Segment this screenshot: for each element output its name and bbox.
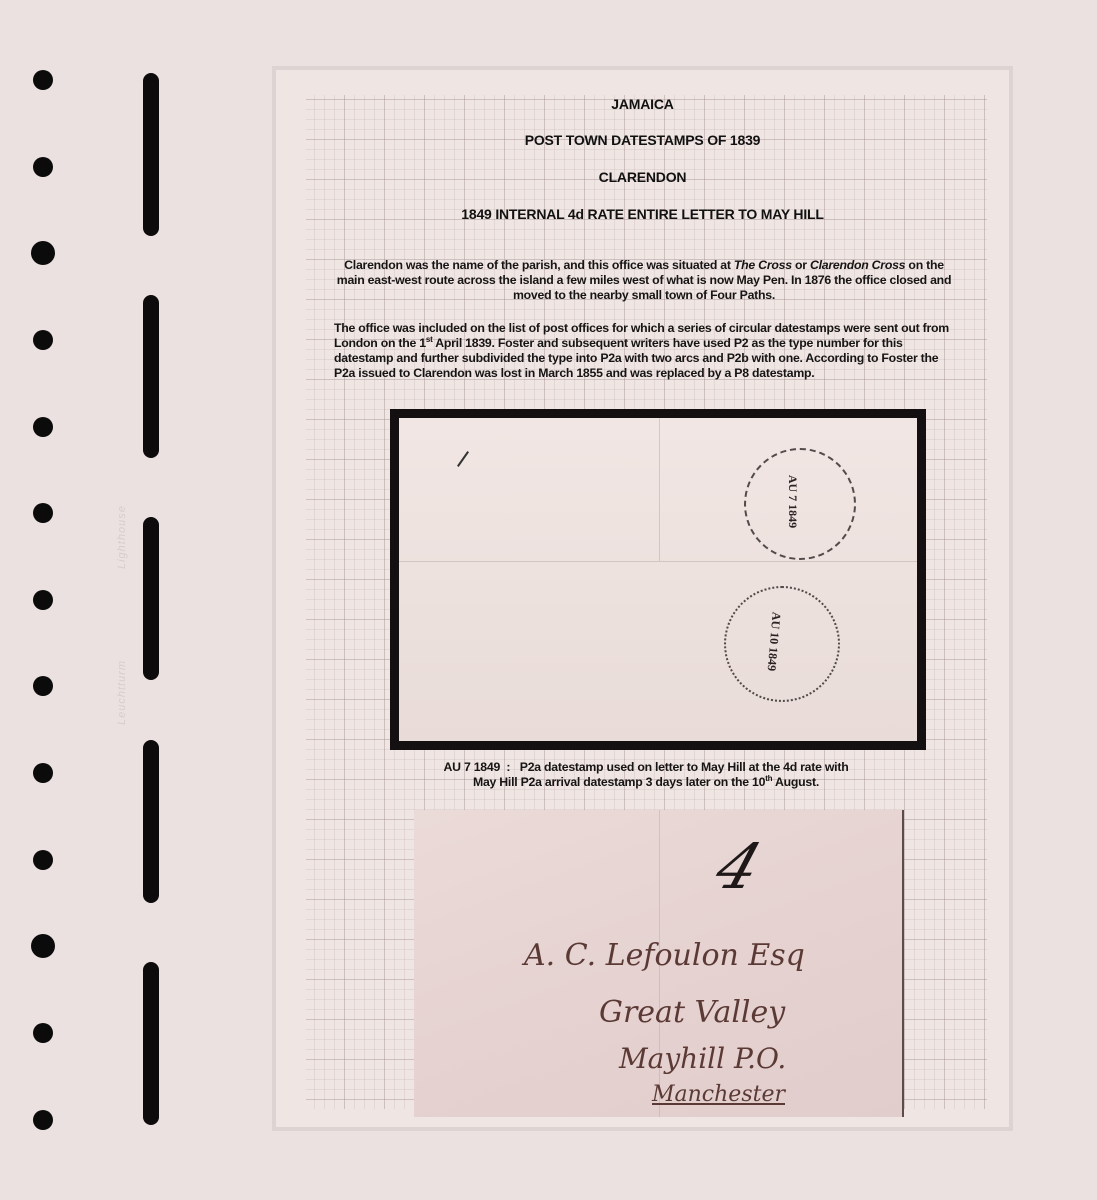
- ordinal-suffix: st: [426, 335, 433, 344]
- binder-hole: [33, 157, 53, 177]
- address-line-4: Manchester: [652, 1082, 785, 1107]
- section-title: CLARENDON: [276, 169, 1009, 185]
- binder-hole: [33, 1023, 53, 1043]
- binder-hole: [33, 503, 53, 523]
- caption-line-2: May Hill P2a arrival datestamp 3 days la…: [376, 775, 916, 790]
- text: Clarendon was the name of the parish, an…: [344, 258, 734, 272]
- text: or: [792, 258, 810, 272]
- binder-hole: [31, 241, 55, 265]
- item-title: 1849 INTERNAL 4d RATE ENTIRE LETTER TO M…: [276, 206, 1009, 222]
- caption-line-1: AU 7 1849 : P2a datestamp used on letter…: [376, 760, 916, 775]
- binder-hole: [33, 590, 53, 610]
- clarendon-datestamp: AU 7 1849: [744, 448, 856, 560]
- binder-hole: [33, 330, 53, 350]
- binder-slot: [143, 962, 159, 1125]
- italic-place-name: The Cross: [734, 258, 792, 272]
- datestamp-date: AU 10 1849: [764, 611, 784, 671]
- binder-hole: [33, 1110, 53, 1130]
- binder-hole: [31, 934, 55, 958]
- description-paragraph-2: The office was included on the list of p…: [334, 321, 954, 381]
- page-subtitle: POST TOWN DATESTAMPS OF 1839: [276, 132, 1009, 148]
- datestamp-date: AU 7 1849: [785, 475, 800, 528]
- watermark-text-1: Leuchtturm: [116, 660, 136, 725]
- description-paragraph-1: Clarendon was the name of the parish, an…: [334, 258, 954, 303]
- text: May Hill P2a arrival datestamp 3 days la…: [473, 775, 765, 789]
- manuscript-mark: [457, 451, 469, 467]
- may-hill-datestamp: AU 10 1849: [724, 586, 840, 702]
- page-title: JAMAICA: [276, 96, 1009, 112]
- cover-caption: AU 7 1849 : P2a datestamp used on letter…: [376, 760, 916, 790]
- text: August.: [772, 775, 819, 789]
- binder-hole: [33, 850, 53, 870]
- cover-back-mount: AU 7 1849 AU 10 1849: [390, 409, 926, 750]
- binder-slot: [143, 295, 159, 458]
- binder-slot: [143, 517, 159, 680]
- binder-hole: [33, 417, 53, 437]
- italic-place-name: Clarendon Cross: [810, 258, 905, 272]
- binder-slot: [143, 73, 159, 236]
- album-page: JAMAICA POST TOWN DATESTAMPS OF 1839 CLA…: [272, 66, 1013, 1131]
- rate-mark: 4: [707, 830, 770, 903]
- binder-hole: [33, 676, 53, 696]
- binder-hole: [33, 763, 53, 783]
- address-line-2: Great Valley: [599, 995, 785, 1030]
- binder-slot: [143, 740, 159, 903]
- address-line-3: Mayhill P.O.: [619, 1042, 786, 1075]
- binder-hole: [33, 70, 53, 90]
- watermark-text-2: Lighthouse: [116, 505, 136, 569]
- address-line-1: A. C. Lefoulon Esq: [524, 938, 805, 973]
- cover-front-image: 4 A. C. Lefoulon Esq Great Valley Mayhil…: [414, 810, 904, 1117]
- album-watermark: Leuchtturm Lighthouse: [116, 505, 136, 725]
- cover-back-image: AU 7 1849 AU 10 1849: [399, 418, 917, 741]
